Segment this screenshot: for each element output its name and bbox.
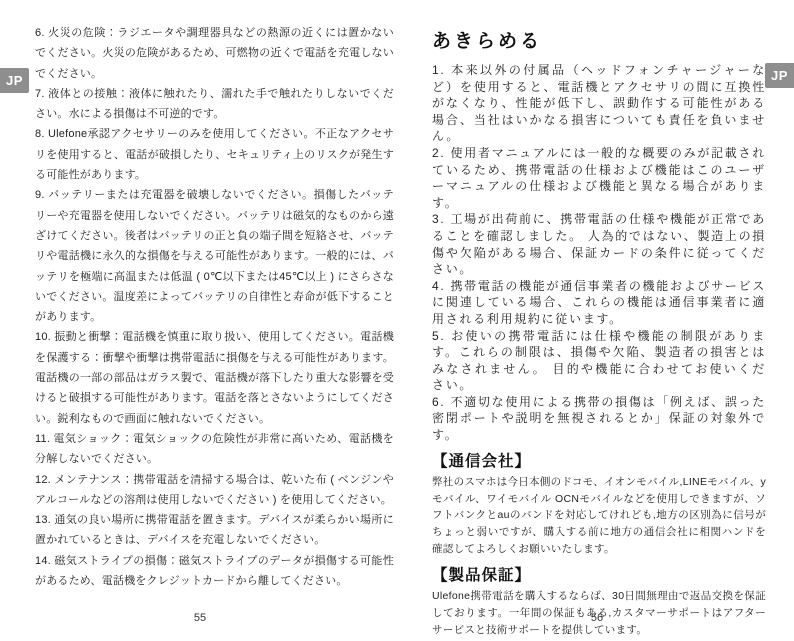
safety-item-7: 7. 液体との接触：液体に触れたり、濡れた手で触れたりしないでください。水による…: [35, 84, 394, 125]
page-title: あきらめる: [432, 26, 766, 53]
disclaimer-item-1: 1. 本来以外の付属品（ヘッドフォンチャージャーなど）を使用すると、電話機とアク…: [432, 62, 766, 145]
carrier-section-title: 【通信会社】: [432, 449, 766, 471]
safety-item-11: 11. 電気ショック：電気ショックの危険性が非常に高いため、電話機を分解しないで…: [35, 429, 394, 470]
disclaimer-item-3: 3. 工場が出荷前に、携帯電話の仕様や機能が正常であることを確認しました。 人為…: [432, 211, 766, 277]
disclaimer-item-6: 6. 不適切な使用による携帯の損傷は「例えば、誤った密閉ポートや説明を無視される…: [432, 394, 766, 444]
disclaimer-list: 1. 本来以外の付属品（ヘッドフォンチャージャーなど）を使用すると、電話機とアク…: [432, 62, 766, 444]
page-number-55: 55: [185, 612, 215, 624]
disclaimer-item-2: 2. 使用者マニュアルには一般的な概要のみが記載されているため、携帯電話の仕様お…: [432, 145, 766, 211]
disclaimer-item-5: 5. お使いの携帯電話には仕様や機能の制限があります。これらの制限は、損傷や欠陥…: [432, 328, 766, 394]
disclaimer-item-4: 4. 携帯電話の機能が通信事業者の機能およびサービスに関連している場合、これらの…: [432, 278, 766, 328]
safety-item-14: 14. 磁気ストライプの損傷：磁気ストライプのデータが損傷する可能性があるため、…: [35, 551, 394, 592]
page-number-56: 56: [582, 612, 612, 624]
disclaimer-column: あきらめる 1. 本来以外の付属品（ヘッドフォンチャージャーなど）を使用すると、…: [432, 26, 766, 639]
safety-item-8: 8. Ulefone承認アクセサリーのみを使用してください。不正なアクセサリを使…: [35, 124, 394, 185]
safety-item-13: 13. 通気の良い場所に携帯電話を置きます。デバイスが柔らかい場所に置かれている…: [35, 510, 394, 551]
warranty-section-title: 【製品保証】: [432, 563, 766, 585]
safety-item-6: 6. 火災の危険：ラジエータや調理器具などの熱源の近くには置かないでください。火…: [35, 23, 394, 84]
manual-spread: { "tabs": { "left_label": "JP", "right_l…: [0, 0, 794, 641]
safety-item-10: 10. 振動と衝撃：電話機を慎重に取り扱い、使用してください。電話機を保護する：…: [35, 327, 394, 428]
safety-item-9: 9. バッテリーまたは充電器を破壊しないでください。損傷したバッテリーや充電器を…: [35, 185, 394, 327]
language-tab-jp-left: JP: [0, 68, 29, 93]
manual-page-left: 6. 火災の危険：ラジエータや調理器具などの熱源の近くには置かないでください。火…: [0, 0, 397, 641]
language-tab-jp-right: JP: [765, 63, 794, 88]
safety-instructions-list: 6. 火災の危険：ラジエータや調理器具などの熱源の近くには置かないでください。火…: [35, 23, 394, 591]
carrier-section-body: 弊社のスマホは今日本側のドコモ、イオンモバイル,LINEモバイル、yモバイル、ワ…: [432, 474, 766, 559]
safety-item-12: 12. メンテナンス：携帯電話を清掃する場合は、乾いた布 ( ベンジンやアルコー…: [35, 470, 394, 511]
